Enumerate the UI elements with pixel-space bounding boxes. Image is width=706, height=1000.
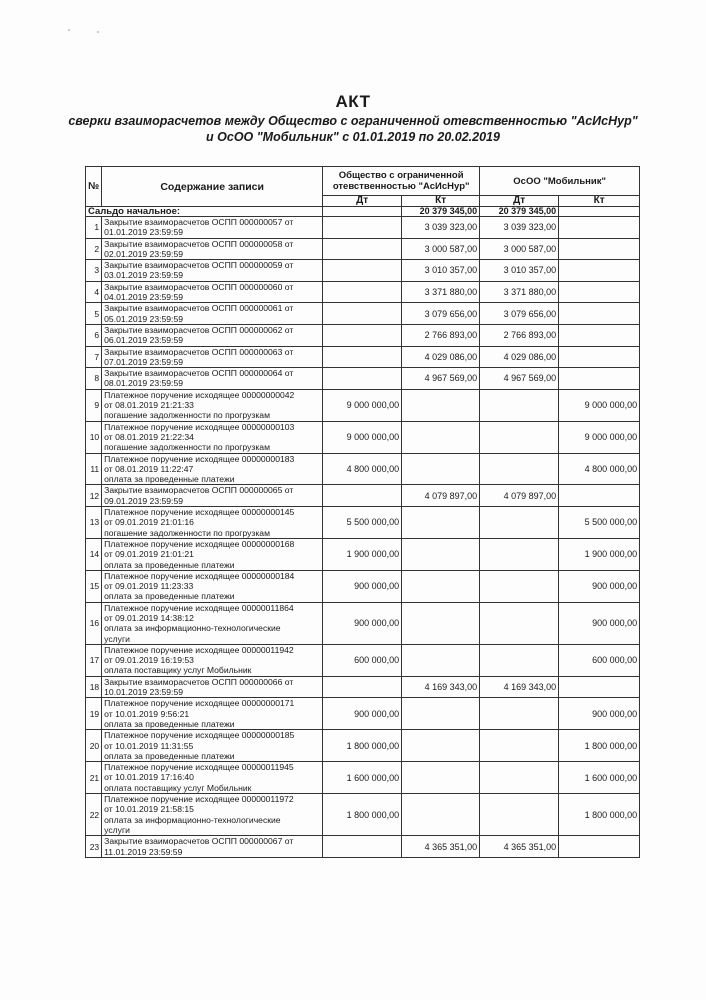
row-number: 3 [86, 260, 102, 282]
row-content-line: Закрытие взаиморасчетов ОСПП 000000062 о… [104, 325, 320, 335]
row-content-line: от 09.01.2019 16:19:53 [104, 655, 320, 665]
amount-p1-debit: 1 600 000,00 [323, 762, 402, 794]
table-row: 2Закрытие взаиморасчетов ОСПП 000000058 … [86, 238, 640, 260]
amount-p1-debit [323, 346, 402, 368]
amount-p1-credit: 3 079 656,00 [402, 303, 480, 325]
table-row: 5Закрытие взаиморасчетов ОСПП 000000061 … [86, 303, 640, 325]
amount-p2-credit [559, 324, 640, 346]
amount-p2-debit [480, 730, 559, 762]
amount-p1-debit [323, 836, 402, 858]
row-number: 18 [86, 676, 102, 698]
amount-p1-debit [323, 676, 402, 698]
row-content-line: оплата за проведенные платежи [104, 751, 320, 761]
scan-speck [97, 31, 99, 33]
row-content-line: Платежное поручение исходящее 0000000017… [104, 698, 320, 708]
row-content-line: 11.01.2019 23:59:59 [104, 847, 320, 857]
row-content-line: Платежное поручение исходящее 0000000018… [104, 571, 320, 581]
row-number: 11 [86, 453, 102, 485]
amount-p2-debit: 3 039 323,00 [480, 217, 559, 239]
row-content-line: от 09.01.2019 11:23:33 [104, 581, 320, 591]
row-content-line: Платежное поручение исходящее 0000000016… [104, 539, 320, 549]
amount-p2-credit: 5 500 000,00 [559, 507, 640, 539]
opening-balance-row: Сальдо начальное: 20 379 345,00 20 379 3… [86, 207, 640, 217]
row-content-line: Платежное поручение исходящее 0000000014… [104, 507, 320, 517]
row-content-line: 06.01.2019 23:59:59 [104, 335, 320, 345]
amount-p1-debit: 600 000,00 [323, 644, 402, 676]
amount-p1-credit: 2 766 893,00 [402, 324, 480, 346]
amount-p2-debit: 4 365 351,00 [480, 836, 559, 858]
table-row: 7Закрытие взаиморасчетов ОСПП 000000063 … [86, 346, 640, 368]
row-number: 21 [86, 762, 102, 794]
row-content-line: от 09.01.2019 14:38:12 [104, 613, 320, 623]
amount-p2-credit: 1 800 000,00 [559, 794, 640, 836]
row-number: 9 [86, 389, 102, 421]
row-content-line: 05.01.2019 23:59:59 [104, 314, 320, 324]
row-number: 12 [86, 485, 102, 507]
row-content-line: оплата за информационно-технологические [104, 815, 320, 825]
amount-p1-credit [402, 730, 480, 762]
amount-p2-debit [480, 538, 559, 570]
amount-p2-credit [559, 836, 640, 858]
amount-p2-debit: 4 169 343,00 [480, 676, 559, 698]
header-party1-credit: Кт [402, 196, 480, 207]
row-number: 5 [86, 303, 102, 325]
document-subtitle-line1: сверки взаиморасчетов между Общество с о… [0, 114, 706, 128]
amount-p2-credit [559, 260, 640, 282]
reconciliation-table: № Содержание записи Общество с ограничен… [85, 166, 640, 858]
amount-p1-debit [323, 368, 402, 390]
table-row: 12Закрытие взаиморасчетов ОСПП 000000065… [86, 485, 640, 507]
row-content-line: погашение задолженности по прогрузкам [104, 528, 320, 538]
row-content-line: 08.01.2019 23:59:59 [104, 378, 320, 388]
amount-p1-debit: 1 900 000,00 [323, 538, 402, 570]
row-number: 23 [86, 836, 102, 858]
amount-p1-credit: 4 967 569,00 [402, 368, 480, 390]
amount-p1-debit: 900 000,00 [323, 570, 402, 602]
row-content-line: 01.01.2019 23:59:59 [104, 227, 320, 237]
table-row: 4Закрытие взаиморасчетов ОСПП 000000060 … [86, 281, 640, 303]
row-content: Платежное поручение исходящее 0000001197… [102, 794, 323, 836]
amount-p2-debit [480, 507, 559, 539]
amount-p1-credit [402, 538, 480, 570]
amount-p1-credit [402, 421, 480, 453]
amount-p1-debit: 900 000,00 [323, 698, 402, 730]
amount-p1-credit [402, 507, 480, 539]
amount-p2-credit [559, 281, 640, 303]
amount-p1-credit: 3 039 323,00 [402, 217, 480, 239]
row-content-line: 04.01.2019 23:59:59 [104, 292, 320, 302]
row-content-line: от 09.01.2019 21:01:16 [104, 517, 320, 527]
document-title: АКТ [0, 92, 706, 112]
amount-p2-credit [559, 217, 640, 239]
amount-p2-debit: 3 079 656,00 [480, 303, 559, 325]
amount-p2-debit [480, 762, 559, 794]
amount-p2-debit [480, 644, 559, 676]
amount-p2-credit [559, 238, 640, 260]
amount-p2-credit: 900 000,00 [559, 698, 640, 730]
row-content-line: от 09.01.2019 21:01:21 [104, 549, 320, 559]
amount-p2-credit [559, 485, 640, 507]
amount-p2-credit: 9 000 000,00 [559, 389, 640, 421]
amount-p2-credit [559, 676, 640, 698]
amount-p2-debit [480, 570, 559, 602]
amount-p2-credit: 1 900 000,00 [559, 538, 640, 570]
row-content-line: Платежное поручение исходящее 0000001194… [104, 762, 320, 772]
row-content-line: оплата поставщику услуг Мобильник [104, 783, 320, 793]
amount-p1-credit [402, 644, 480, 676]
table-row: 11Платежное поручение исходящее 00000000… [86, 453, 640, 485]
amount-p2-debit [480, 698, 559, 730]
table-row: 10Платежное поручение исходящее 00000000… [86, 421, 640, 453]
amount-p1-debit: 9 000 000,00 [323, 421, 402, 453]
row-content-line: Платежное поручение исходящее 0000000018… [104, 730, 320, 740]
opening-p1-debit [323, 207, 402, 217]
row-content: Закрытие взаиморасчетов ОСПП 000000066 о… [102, 676, 323, 698]
row-content-line: Платежное поручение исходящее 0000000010… [104, 422, 320, 432]
amount-p2-debit [480, 602, 559, 644]
row-content-line: услуги [104, 634, 320, 644]
table-row: 1Закрытие взаиморасчетов ОСПП 000000057 … [86, 217, 640, 239]
table-row: 16Платежное поручение исходящее 00000011… [86, 602, 640, 644]
header-party1-debit: Дт [323, 196, 402, 207]
row-content-line: оплата поставщику услуг Мобильник [104, 665, 320, 675]
amount-p2-debit: 4 079 897,00 [480, 485, 559, 507]
table-row: 9Платежное поручение исходящее 000000000… [86, 389, 640, 421]
row-content-line: Закрытие взаиморасчетов ОСПП 000000065 о… [104, 485, 320, 495]
row-number: 17 [86, 644, 102, 676]
amount-p2-credit [559, 346, 640, 368]
opening-balance-label: Сальдо начальное: [86, 207, 323, 217]
row-content-line: оплата за проведенные платежи [104, 591, 320, 601]
table-row: 13Платежное поручение исходящее 00000000… [86, 507, 640, 539]
document-subtitle-line2: и ОсОО "Мобильник" с 01.01.2019 по 20.02… [0, 130, 706, 144]
row-content-line: 10.01.2019 23:59:59 [104, 687, 320, 697]
amount-p2-debit [480, 389, 559, 421]
amount-p1-debit [323, 238, 402, 260]
row-number: 14 [86, 538, 102, 570]
header-party2: ОсОО "Мобильник" [480, 167, 640, 196]
row-content-line: оплата за проведенные платежи [104, 719, 320, 729]
row-content: Платежное поручение исходящее 0000000017… [102, 698, 323, 730]
header-party2-credit: Кт [559, 196, 640, 207]
row-content: Закрытие взаиморасчетов ОСПП 000000057 о… [102, 217, 323, 239]
header-party1: Общество с ограниченной отевственностью … [323, 167, 480, 196]
row-content: Платежное поручение исходящее 0000000018… [102, 453, 323, 485]
table-row: 6Закрытие взаиморасчетов ОСПП 000000062 … [86, 324, 640, 346]
row-content: Закрытие взаиморасчетов ОСПП 000000064 о… [102, 368, 323, 390]
row-content-line: Платежное поручение исходящее 0000000018… [104, 454, 320, 464]
row-content-line: от 10.01.2019 17:16:40 [104, 772, 320, 782]
row-number: 15 [86, 570, 102, 602]
row-content: Закрытие взаиморасчетов ОСПП 000000067 о… [102, 836, 323, 858]
amount-p2-credit [559, 368, 640, 390]
amount-p1-debit: 4 800 000,00 [323, 453, 402, 485]
row-content-line: Платежное поручение исходящее 0000001186… [104, 603, 320, 613]
amount-p1-credit: 4 365 351,00 [402, 836, 480, 858]
row-content-line: от 08.01.2019 21:21:33 [104, 400, 320, 410]
amount-p2-debit: 4 967 569,00 [480, 368, 559, 390]
row-content-line: Закрытие взаиморасчетов ОСПП 000000058 о… [104, 239, 320, 249]
amount-p2-credit: 9 000 000,00 [559, 421, 640, 453]
row-content-line: от 08.01.2019 11:22:47 [104, 464, 320, 474]
amount-p1-credit: 4 029 086,00 [402, 346, 480, 368]
row-content: Закрытие взаиморасчетов ОСПП 000000060 о… [102, 281, 323, 303]
header-party2-debit: Дт [480, 196, 559, 207]
row-number: 16 [86, 602, 102, 644]
row-content: Закрытие взаиморасчетов ОСПП 000000061 о… [102, 303, 323, 325]
amount-p1-debit [323, 485, 402, 507]
amount-p1-debit [323, 260, 402, 282]
amount-p1-credit [402, 762, 480, 794]
row-content: Закрытие взаиморасчетов ОСПП 000000059 о… [102, 260, 323, 282]
amount-p1-credit [402, 453, 480, 485]
row-content-line: погашение задолженности по прогрузкам [104, 442, 320, 452]
row-content: Закрытие взаиморасчетов ОСПП 000000063 о… [102, 346, 323, 368]
amount-p2-debit [480, 794, 559, 836]
amount-p2-credit: 900 000,00 [559, 602, 640, 644]
amount-p1-credit [402, 389, 480, 421]
amount-p2-debit: 3 000 587,00 [480, 238, 559, 260]
amount-p1-credit: 3 010 357,00 [402, 260, 480, 282]
row-content: Закрытие взаиморасчетов ОСПП 000000062 о… [102, 324, 323, 346]
row-content: Закрытие взаиморасчетов ОСПП 000000065 о… [102, 485, 323, 507]
row-content: Закрытие взаиморасчетов ОСПП 000000058 о… [102, 238, 323, 260]
amount-p2-credit: 1 800 000,00 [559, 730, 640, 762]
row-content: Платежное поручение исходящее 0000000014… [102, 507, 323, 539]
amount-p1-debit: 900 000,00 [323, 602, 402, 644]
amount-p1-debit [323, 281, 402, 303]
table-row: 19Платежное поручение исходящее 00000000… [86, 698, 640, 730]
amount-p1-debit [323, 324, 402, 346]
row-content-line: Закрытие взаиморасчетов ОСПП 000000067 о… [104, 836, 320, 846]
table-row: 17Платежное поручение исходящее 00000011… [86, 644, 640, 676]
row-content-line: Платежное поручение исходящее 0000001194… [104, 645, 320, 655]
amount-p1-credit [402, 794, 480, 836]
row-content-line: от 10.01.2019 21:58:15 [104, 804, 320, 814]
row-content-line: Закрытие взаиморасчетов ОСПП 000000060 о… [104, 282, 320, 292]
amount-p2-debit [480, 453, 559, 485]
amount-p2-credit: 4 800 000,00 [559, 453, 640, 485]
row-number: 1 [86, 217, 102, 239]
amount-p2-debit: 3 010 357,00 [480, 260, 559, 282]
row-number: 10 [86, 421, 102, 453]
row-content-line: Закрытие взаиморасчетов ОСПП 000000063 о… [104, 347, 320, 357]
amount-p2-credit: 600 000,00 [559, 644, 640, 676]
row-number: 19 [86, 698, 102, 730]
amount-p1-debit [323, 217, 402, 239]
amount-p2-credit: 1 600 000,00 [559, 762, 640, 794]
row-content-line: от 08.01.2019 21:22:34 [104, 432, 320, 442]
row-content-line: услуги [104, 825, 320, 835]
row-number: 4 [86, 281, 102, 303]
row-number: 8 [86, 368, 102, 390]
row-content-line: Закрытие взаиморасчетов ОСПП 000000059 о… [104, 260, 320, 270]
amount-p1-credit [402, 698, 480, 730]
amount-p2-credit [559, 303, 640, 325]
row-content-line: 07.01.2019 23:59:59 [104, 357, 320, 367]
amount-p1-credit [402, 602, 480, 644]
row-content: Платежное поручение исходящее 0000000018… [102, 570, 323, 602]
amount-p1-debit: 5 500 000,00 [323, 507, 402, 539]
row-number: 22 [86, 794, 102, 836]
row-content-line: оплата за проведенные платежи [104, 474, 320, 484]
table-row: 18Закрытие взаиморасчетов ОСПП 000000066… [86, 676, 640, 698]
opening-p2-debit: 20 379 345,00 [480, 207, 559, 217]
row-content-line: 09.01.2019 23:59:59 [104, 496, 320, 506]
row-number: 2 [86, 238, 102, 260]
table-row: 8Закрытие взаиморасчетов ОСПП 000000064 … [86, 368, 640, 390]
opening-p1-credit: 20 379 345,00 [402, 207, 480, 217]
row-content-line: Платежное поручение исходящее 0000000004… [104, 390, 320, 400]
row-content-line: погашение задолженности по прогрузкам [104, 410, 320, 420]
row-content-line: от 10.01.2019 11:31:55 [104, 741, 320, 751]
amount-p1-credit: 3 371 880,00 [402, 281, 480, 303]
header-content: Содержание записи [102, 167, 323, 207]
amount-p2-credit: 900 000,00 [559, 570, 640, 602]
table-row: 14Платежное поручение исходящее 00000000… [86, 538, 640, 570]
amount-p1-debit: 9 000 000,00 [323, 389, 402, 421]
row-content-line: 02.01.2019 23:59:59 [104, 249, 320, 259]
row-content-line: Закрытие взаиморасчетов ОСПП 000000057 о… [104, 217, 320, 227]
row-content: Платежное поручение исходящее 0000000004… [102, 389, 323, 421]
amount-p2-debit: 2 766 893,00 [480, 324, 559, 346]
row-content-line: 03.01.2019 23:59:59 [104, 270, 320, 280]
row-content-line: оплата за информационно-технологические [104, 623, 320, 633]
table-row: 15Платежное поручение исходящее 00000000… [86, 570, 640, 602]
row-number: 7 [86, 346, 102, 368]
row-content: Платежное поручение исходящее 0000001194… [102, 762, 323, 794]
row-content: Платежное поручение исходящее 0000001186… [102, 602, 323, 644]
table-row: 23Закрытие взаиморасчетов ОСПП 000000067… [86, 836, 640, 858]
row-number: 13 [86, 507, 102, 539]
scan-speck [68, 29, 70, 31]
amount-p2-debit: 4 029 086,00 [480, 346, 559, 368]
amount-p1-credit: 4 169 343,00 [402, 676, 480, 698]
opening-p2-credit [559, 207, 640, 217]
row-number: 20 [86, 730, 102, 762]
amount-p2-debit: 3 371 880,00 [480, 281, 559, 303]
row-content-line: оплата за проведенные платежи [104, 560, 320, 570]
row-content: Платежное поручение исходящее 0000000018… [102, 730, 323, 762]
row-content: Платежное поручение исходящее 0000000016… [102, 538, 323, 570]
table-row: 22Платежное поручение исходящее 00000011… [86, 794, 640, 836]
amount-p1-debit [323, 303, 402, 325]
row-content: Платежное поручение исходящее 0000001194… [102, 644, 323, 676]
amount-p1-credit [402, 570, 480, 602]
row-content-line: Платежное поручение исходящее 0000001197… [104, 794, 320, 804]
row-content-line: Закрытие взаиморасчетов ОСПП 000000064 о… [104, 368, 320, 378]
table-row: 21Платежное поручение исходящее 00000011… [86, 762, 640, 794]
row-content-line: Закрытие взаиморасчетов ОСПП 000000061 о… [104, 303, 320, 313]
table-row: 20Платежное поручение исходящее 00000000… [86, 730, 640, 762]
row-number: 6 [86, 324, 102, 346]
amount-p2-debit [480, 421, 559, 453]
amount-p1-credit: 4 079 897,00 [402, 485, 480, 507]
row-content: Платежное поручение исходящее 0000000010… [102, 421, 323, 453]
row-content-line: от 10.01.2019 9:56:21 [104, 709, 320, 719]
amount-p1-credit: 3 000 587,00 [402, 238, 480, 260]
amount-p1-debit: 1 800 000,00 [323, 730, 402, 762]
amount-p1-debit: 1 800 000,00 [323, 794, 402, 836]
row-content-line: Закрытие взаиморасчетов ОСПП 000000066 о… [104, 677, 320, 687]
header-number: № [86, 167, 102, 207]
table-row: 3Закрытие взаиморасчетов ОСПП 000000059 … [86, 260, 640, 282]
